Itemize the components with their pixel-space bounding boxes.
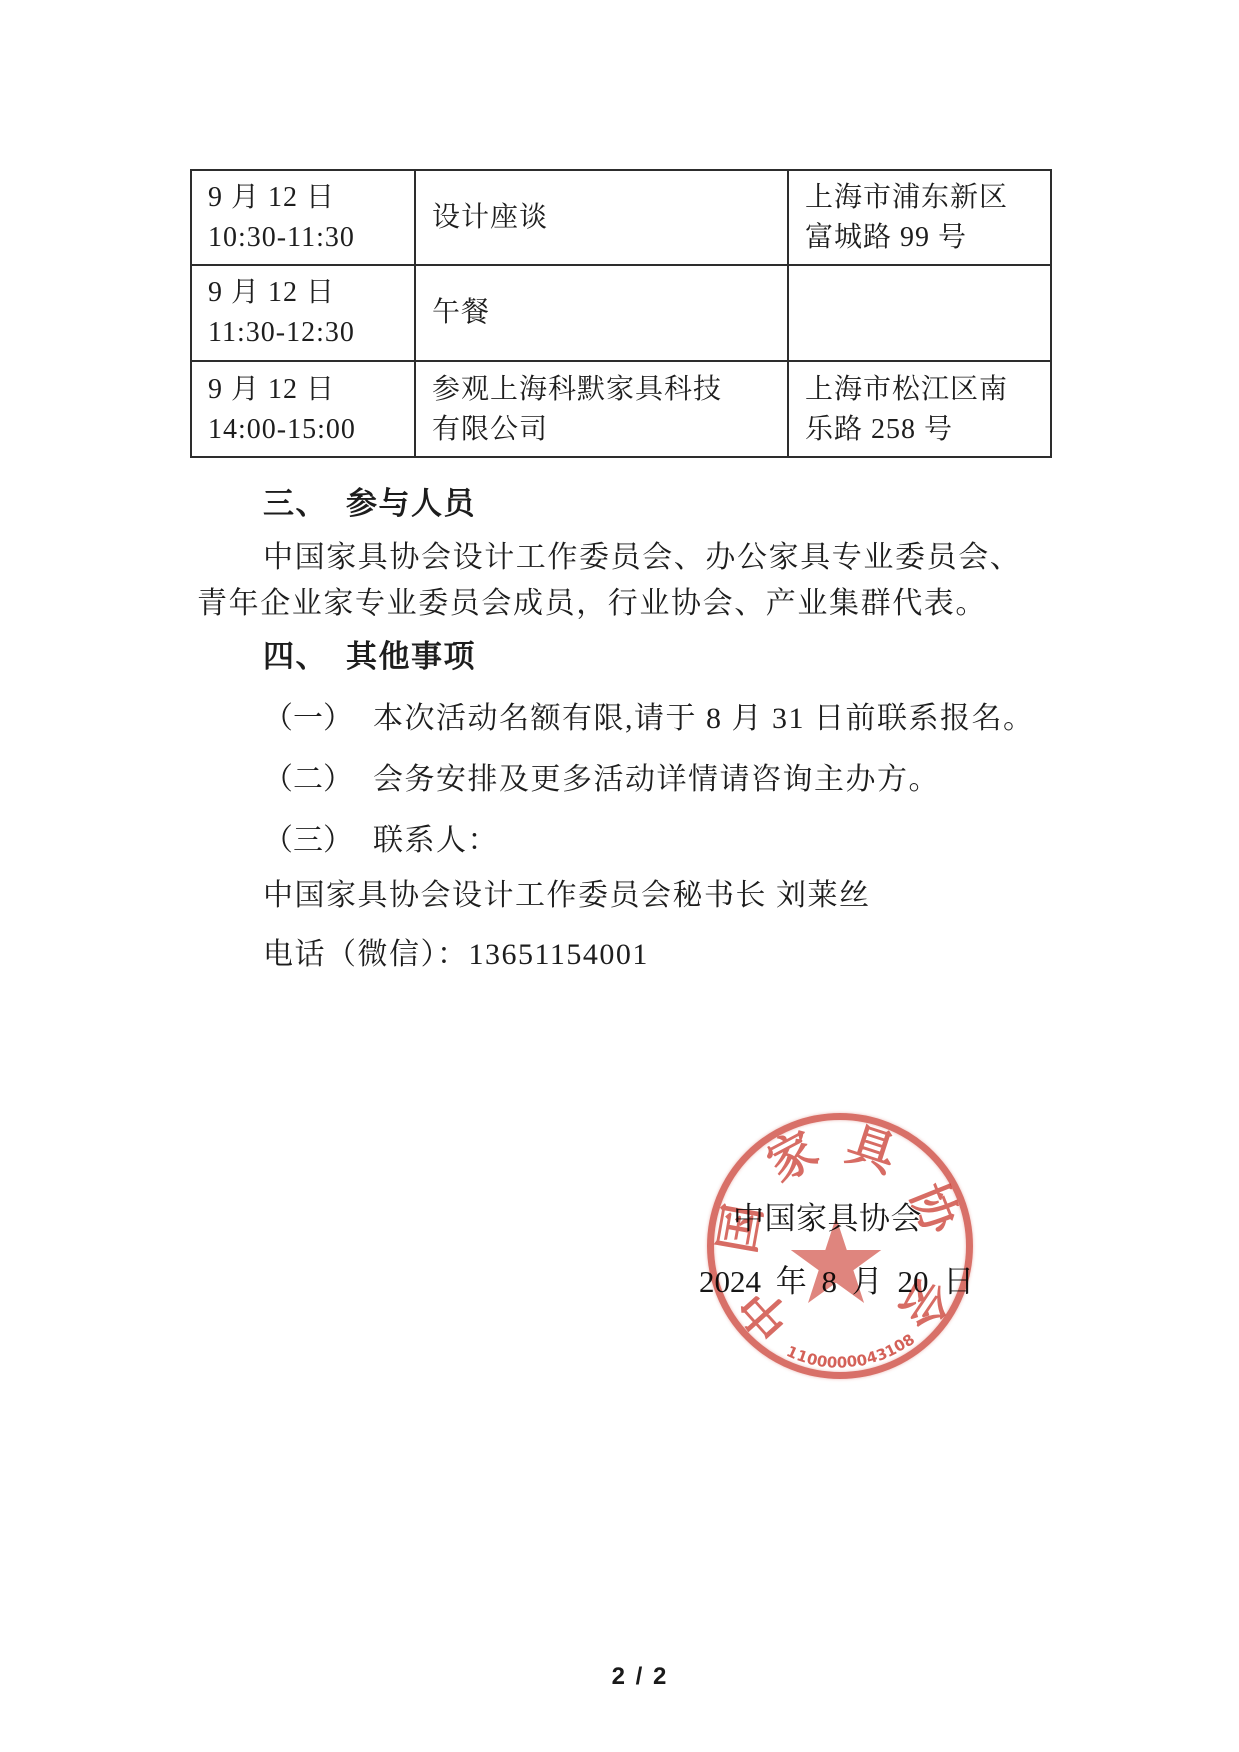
- seal-serial-digit: 0: [826, 1355, 837, 1371]
- table-cell-activity: 午餐: [416, 266, 789, 362]
- seal-serial-digit: 0: [846, 1354, 858, 1370]
- table-cell-address: 上海市松江区南 乐路 258 号: [789, 362, 1050, 458]
- address-line: 乐路 258 号: [805, 410, 1042, 450]
- table-cell-activity: 参观上海科默家具科技 有限公司: [416, 362, 789, 458]
- activity-line: 有限公司: [432, 410, 779, 450]
- address-line: 上海市松江区南: [805, 370, 1042, 410]
- seal-serial-digit: 0: [892, 1337, 909, 1355]
- time-date: 9 月 12 日: [208, 370, 406, 410]
- contact-name-line: 中国家具协会设计工作委员会秘书长 刘莱丝: [263, 870, 871, 914]
- seal-serial-digit: 1: [785, 1344, 801, 1362]
- schedule-table: 9 月 12 日 10:30-11:30 设计座谈 上海市浦东新区 富城路 99…: [190, 169, 1052, 458]
- page-number: 2 / 2: [560, 1663, 720, 1691]
- item-2: （二）会务安排及更多活动详情请咨询主办方。: [263, 754, 940, 798]
- section-title: 参与人员: [346, 486, 476, 521]
- seal-serial-digit: 1: [883, 1342, 899, 1360]
- seal-char: 家: [761, 1125, 826, 1190]
- section-heading-other-matters: 四、其他事项: [263, 631, 476, 676]
- seal-serial-digit: 8: [900, 1332, 917, 1350]
- seal-serial-digit: 3: [874, 1346, 889, 1364]
- time-date: 9 月 12 日: [208, 178, 406, 218]
- item-marker: （一）: [263, 693, 353, 737]
- time-date: 9 月 12 日: [208, 273, 406, 313]
- address-line: 上海市浦东新区: [805, 178, 1042, 218]
- seal-serial-digit: 1: [795, 1348, 810, 1366]
- seal-serial-digit: 4: [865, 1350, 879, 1367]
- table-cell-address: [789, 266, 1050, 362]
- item-text: 本次活动名额有限,请于 8 月 31 日前联系报名。: [373, 702, 1035, 735]
- item-marker: （二）: [263, 754, 353, 798]
- activity-line: 参观上海科默家具科技: [432, 370, 779, 410]
- section-title: 其他事项: [346, 639, 476, 674]
- seal-serial-digit: 0: [805, 1351, 819, 1368]
- seal-ring: [707, 1113, 973, 1379]
- official-seal-stamp: ★ 中国家具协会 1100000043108: [690, 1096, 990, 1396]
- document-page: 9 月 12 日 10:30-11:30 设计座谈 上海市浦东新区 富城路 99…: [0, 0, 1239, 1752]
- section-marker: 三、: [263, 478, 328, 523]
- item-3: （三）联系人：: [263, 815, 499, 859]
- activity-line: 设计座谈: [432, 198, 779, 238]
- address-line: 富城路 99 号: [805, 218, 1042, 258]
- item-text: 联系人：: [373, 824, 499, 857]
- seal-serial-digit: 0: [837, 1355, 848, 1370]
- time-range: 10:30-11:30: [208, 218, 406, 258]
- signature-org-name: 中国家具协会: [733, 1193, 922, 1238]
- item-text: 会务安排及更多活动详情请咨询主办方。: [373, 763, 940, 796]
- table-cell-address: 上海市浦东新区 富城路 99 号: [789, 171, 1050, 266]
- time-range: 11:30-12:30: [208, 313, 406, 353]
- paragraph-line: 青年企业家专业委员会成员，行业协会、产业集群代表。: [197, 581, 1063, 627]
- table-cell-time: 9 月 12 日 10:30-11:30: [192, 171, 416, 266]
- table-cell-activity: 设计座谈: [416, 171, 789, 266]
- item-marker: （三）: [263, 815, 353, 859]
- table-cell-time: 9 月 12 日 11:30-12:30: [192, 266, 416, 362]
- paragraph-line: 中国家具协会设计工作委员会、办公家具专业委员会、: [197, 535, 1063, 581]
- participants-paragraph: 中国家具协会设计工作委员会、办公家具专业委员会、 青年企业家专业委员会成员，行业…: [197, 535, 1063, 627]
- contact-phone-line: 电话（微信）：13651154001: [263, 929, 649, 973]
- section-marker: 四、: [263, 631, 328, 676]
- seal-char: 具: [841, 1121, 901, 1181]
- seal-serial-digit: 0: [856, 1352, 869, 1369]
- time-range: 14:00-15:00: [208, 410, 406, 450]
- activity-line: 午餐: [432, 293, 779, 333]
- seal-serial-digit: 0: [815, 1353, 828, 1369]
- signature-date: 2024 年 8 月 20 日: [699, 1256, 974, 1301]
- section-heading-participants: 三、参与人员: [263, 478, 476, 523]
- item-1: （一）本次活动名额有限,请于 8 月 31 日前联系报名。: [263, 693, 1035, 737]
- table-cell-time: 9 月 12 日 14:00-15:00: [192, 362, 416, 458]
